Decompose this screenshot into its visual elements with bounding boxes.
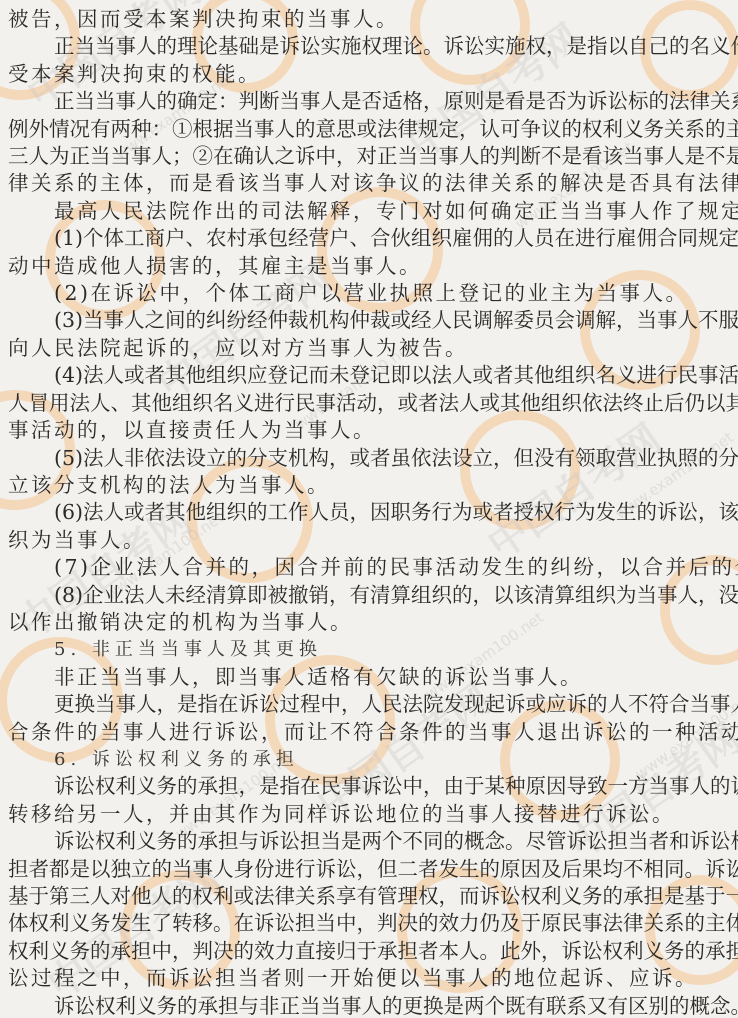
text-line: 诉讼权利义务的承担与非正当当事人的更换是两个既有联系又有区别的概念。两者均属 xyxy=(8,993,730,1018)
text-line: (3)当事人之间的纠纷经仲裁机构仲裁或经人民调解委员会调解，当事人不服仲裁或调解 xyxy=(8,307,730,334)
text-line: 讼过程之中，而诉讼担当者则一开始便以当事人的地位起诉、应诉。 xyxy=(8,965,730,992)
text-line: 正当当事人的确定：判断当事人是否适格，原则是看是否为诉讼标的法律关系的主体。其 xyxy=(8,88,730,115)
text-line: 被告，因而受本案判决拘束的当事人。 xyxy=(8,6,730,33)
text-line: 诉讼权利义务的承担与诉讼担当是两个不同的概念。尽管诉讼担当者和诉讼权利义务承 xyxy=(8,828,730,855)
text-line: (8)企业法人未经清算即被撤销，有清算组织的，以该清算组织为当事人，没有清算组织… xyxy=(8,582,730,609)
text-line: 正当当事人的理论基础是诉讼实施权理论。诉讼实施权，是指以自己的名义作为当事人并 xyxy=(8,33,730,60)
text-line: 织为当事人。 xyxy=(8,527,730,554)
text-line: 人冒用法人、其他组织名义进行民事活动，或者法人或其他组织依法终止后仍以其名义进行… xyxy=(8,390,730,417)
text-line: (5)法人非依法设立的分支机构，或者虽依法设立，但没有领取营业执照的分支机构，以… xyxy=(8,445,730,472)
text-line: 转移给另一人，并由其作为同样诉讼地位的当事人接替进行诉讼。 xyxy=(8,801,730,828)
text-line: 权利义务的承担中，判决的效力直接归于承担者本人。此外，诉讼权利义务的承担是发生在… xyxy=(8,938,730,965)
text-line: (2)在诉讼中，个体工商户以营业执照上登记的业主为当事人。 xyxy=(8,280,730,307)
text-line: 合条件的当事人进行诉讼，而让不符合条件的当事人退出诉讼的一种活动。 xyxy=(8,719,730,746)
text-line: 律关系的主体，而是看该当事人对该争议的法律关系的解决是否具有法律上的利益关系。 xyxy=(8,170,730,197)
section-heading: 5. 非正当当事人及其更换 xyxy=(8,636,730,663)
text-line: 向人民法院起诉的，应以对方当事人为被告。 xyxy=(8,335,730,362)
text-line: 以作出撤销决定的机构为当事人。 xyxy=(8,609,730,636)
document-page: 被告，因而受本案判决拘束的当事人。正当当事人的理论基础是诉讼实施权理论。诉讼实施… xyxy=(8,6,730,1018)
text-line: 最高人民法院作出的司法解释，专门对如何确定正当当事人作了规定： xyxy=(8,198,730,225)
text-line: 担者都是以独立的当事人身份进行诉讼，但二者发生的原因及后果均不相同。诉讼担当的发… xyxy=(8,856,730,883)
text-line: (4)法人或者其他组织应登记而未登记即以法人或者其他组织名义进行民事活动，或者他 xyxy=(8,362,730,389)
section-heading: 6. 诉讼权利义务的承担 xyxy=(8,746,730,773)
text-line: (6)法人或者其他组织的工作人员，因职务行为或者授权行为发生的诉讼，该法人或其他… xyxy=(8,499,730,526)
text-line: (7)企业法人合并的，因合并前的民事活动发生的纠纷，以合并后的企业为当事人。 xyxy=(8,554,730,581)
text-line: 例外情况有两种：①根据当事人的意思或法律规定，认可争议的权利义务关系的主体以外的… xyxy=(8,116,730,143)
text-line: 立该分支机构的法人为当事人。 xyxy=(8,472,730,499)
text-line: 事活动的，以直接责任人为当事人。 xyxy=(8,417,730,444)
text-line: 非正当当事人，即当事人适格有欠缺的诉讼当事人。 xyxy=(8,664,730,691)
text-line: 诉讼权利义务的承担，是指在民事诉讼中，由于某种原因导致一方当事人的诉讼权利义务 xyxy=(8,773,730,800)
text-line: 体权利义务发生了转移。在诉讼担当中，判决的效力仍及于原民事法律关系的主体，而在诉… xyxy=(8,910,730,937)
text-line: 受本案判决拘束的权能。 xyxy=(8,61,730,88)
text-line: 动中造成他人损害的，其雇主是当事人。 xyxy=(8,253,730,280)
text-line: 更换当事人，是指在诉讼过程中，人民法院发现起诉或应诉的人不符合当事人条件，通知符 xyxy=(8,691,730,718)
text-line: (1)个体工商户、农村承包经营户、合伙组织雇佣的人员在进行雇佣合同规定的生产经营… xyxy=(8,225,730,252)
text-line: 基于第三人对他人的权利或法律关系享有管理权，而诉讼权利义务的承担是基于一方当事人… xyxy=(8,883,730,910)
text-line: 三人为正当当事人；②在确认之诉中，对正当当事人的判断不是看该当事人是不是该争议的… xyxy=(8,143,730,170)
